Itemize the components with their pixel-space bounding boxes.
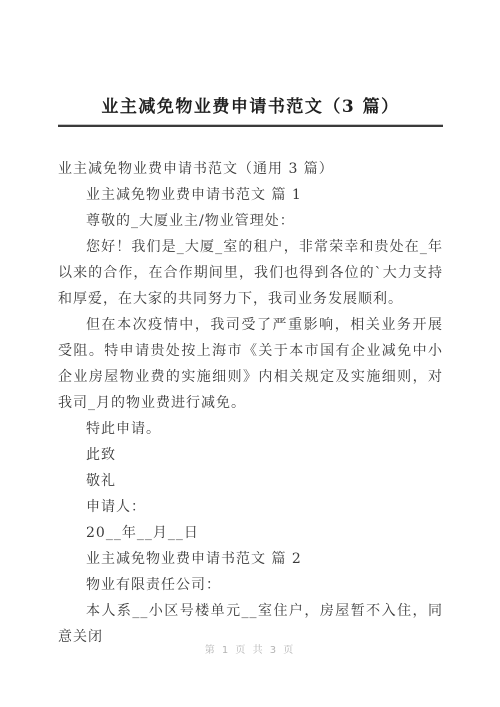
paragraph: 业主减免物业费申请书范文（通用 3 篇） <box>58 156 443 182</box>
paragraph: 20__年__月__日 <box>58 520 443 546</box>
paragraph: 敬礼 <box>58 468 443 494</box>
paragraph: 业主减免物业费申请书范文 篇 2 <box>58 546 443 572</box>
paragraph: 但在本次疫情中，我司受了严重影响，相关业务开展受阻。特申请贵处按上海市《关于本市… <box>58 312 443 416</box>
paragraph: 申请人： <box>58 494 443 520</box>
paragraph: 尊敬的_大厦业主/物业管理处： <box>58 208 443 234</box>
paragraph: 物业有限责任公司： <box>58 572 443 598</box>
page-title: 业主减免物业费申请书范文（3 篇） <box>58 97 443 117</box>
paragraph: 此致 <box>58 442 443 468</box>
paragraph: 您好！我们是_大厦_室的租户，非常荣幸和贵处在_年以来的合作，在合作期间里，我们… <box>58 234 443 312</box>
paragraph: 业主减免物业费申请书范文 篇 1 <box>58 182 443 208</box>
title-divider <box>58 124 443 127</box>
document-body: 业主减免物业费申请书范文（通用 3 篇）业主减免物业费申请书范文 篇 1尊敬的_… <box>58 156 443 650</box>
document-page: 业主减免物业费申请书范文（3 篇） 业主减免物业费申请书范文（通用 3 篇）业主… <box>0 0 500 707</box>
page-number-footer: 第 1 页 共 3 页 <box>0 641 500 656</box>
paragraph: 特此申请。 <box>58 416 443 442</box>
